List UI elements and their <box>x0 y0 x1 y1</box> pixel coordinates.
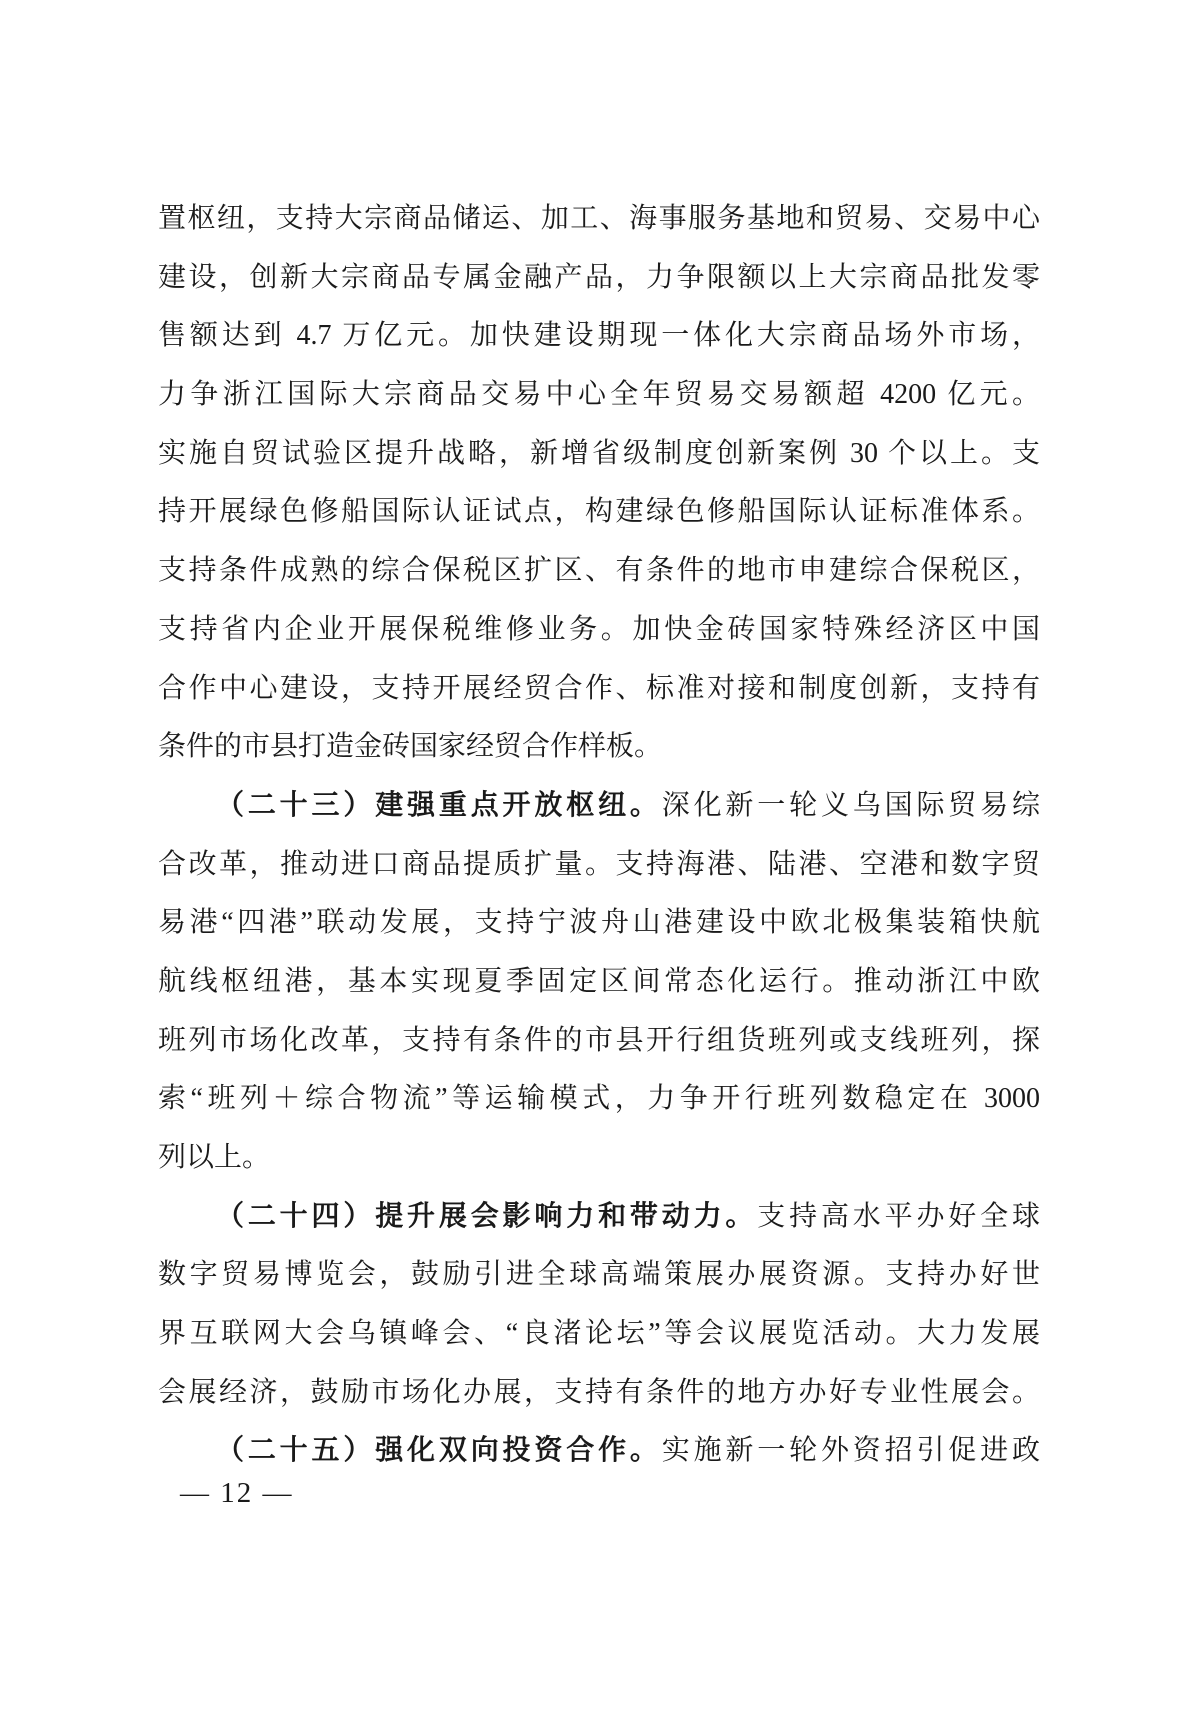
text-line: 合改革，推动进口商品提质扩量。支持海港、陆港、空港和数字贸 <box>158 836 1040 895</box>
text-line: 合作中心建设，支持开展经贸合作、标准对接和制度创新，支持有 <box>158 660 1040 719</box>
text-line: 列以上。 <box>158 1129 1040 1188</box>
text-line: 置枢纽，支持大宗商品储运、加工、海事服务基地和贸易、交易中心 <box>158 190 1040 249</box>
text-line: 索“班列＋综合物流”等运输模式，力争开行班列数稳定在 3000 <box>158 1070 1040 1129</box>
text-line: 航线枢纽港，基本实现夏季固定区间常态化运行。推动浙江中欧 <box>158 953 1040 1012</box>
section-heading: （二十五）强化双向投资合作。 <box>216 1435 662 1466</box>
text-line: 建设，创新大宗商品专属金融产品，力争限额以上大宗商品批发零 <box>158 249 1040 308</box>
page-number: — 12 — <box>180 1475 294 1511</box>
text-line: 数字贸易博览会，鼓励引进全球高端策展办展资源。支持办好世 <box>158 1246 1040 1305</box>
text-line: （二十五）强化双向投资合作。实施新一轮外资招引促进政 <box>158 1422 1040 1481</box>
text-line: 售额达到 4.7 万亿元。加快建设期现一体化大宗商品场外市场， <box>158 307 1040 366</box>
text-line: 条件的市县打造金砖国家经贸合作样板。 <box>158 718 1040 777</box>
text-line: 班列市场化改革，支持有条件的市县开行组货班列或支线班列，探 <box>158 1012 1040 1071</box>
section-heading: （二十四）提升展会影响力和带动力。 <box>216 1201 757 1232</box>
text-line: 支持条件成熟的综合保税区扩区、有条件的地市申建综合保税区， <box>158 542 1040 601</box>
text-line: 界互联网大会乌镇峰会、“良渚论坛”等会议展览活动。大力发展 <box>158 1305 1040 1364</box>
text-line: 支持省内企业开展保税维修业务。加快金砖国家特殊经济区中国 <box>158 601 1040 660</box>
text-line: 易港“四港”联动发展，支持宁波舟山港建设中欧北极集装箱快航 <box>158 894 1040 953</box>
section-heading: （二十三）建强重点开放枢纽。 <box>216 790 662 821</box>
document-body: 置枢纽，支持大宗商品储运、加工、海事服务基地和贸易、交易中心建设，创新大宗商品专… <box>158 190 1040 1481</box>
document-page: 置枢纽，支持大宗商品储运、加工、海事服务基地和贸易、交易中心建设，创新大宗商品专… <box>0 0 1191 1730</box>
text-line: 持开展绿色修船国际认证试点，构建绿色修船国际认证标准体系。 <box>158 483 1040 542</box>
page-number-text: — 12 — <box>180 1477 294 1509</box>
text-line: 会展经济，鼓励市场化办展，支持有条件的地方办好专业性展会。 <box>158 1364 1040 1423</box>
text-line: 实施自贸试验区提升战略，新增省级制度创新案例 30 个以上。支 <box>158 425 1040 484</box>
text-line: （二十三）建强重点开放枢纽。深化新一轮义乌国际贸易综 <box>158 777 1040 836</box>
text-line: 力争浙江国际大宗商品交易中心全年贸易交易额超 4200 亿元。 <box>158 366 1040 425</box>
text-line: （二十四）提升展会影响力和带动力。支持高水平办好全球 <box>158 1188 1040 1247</box>
